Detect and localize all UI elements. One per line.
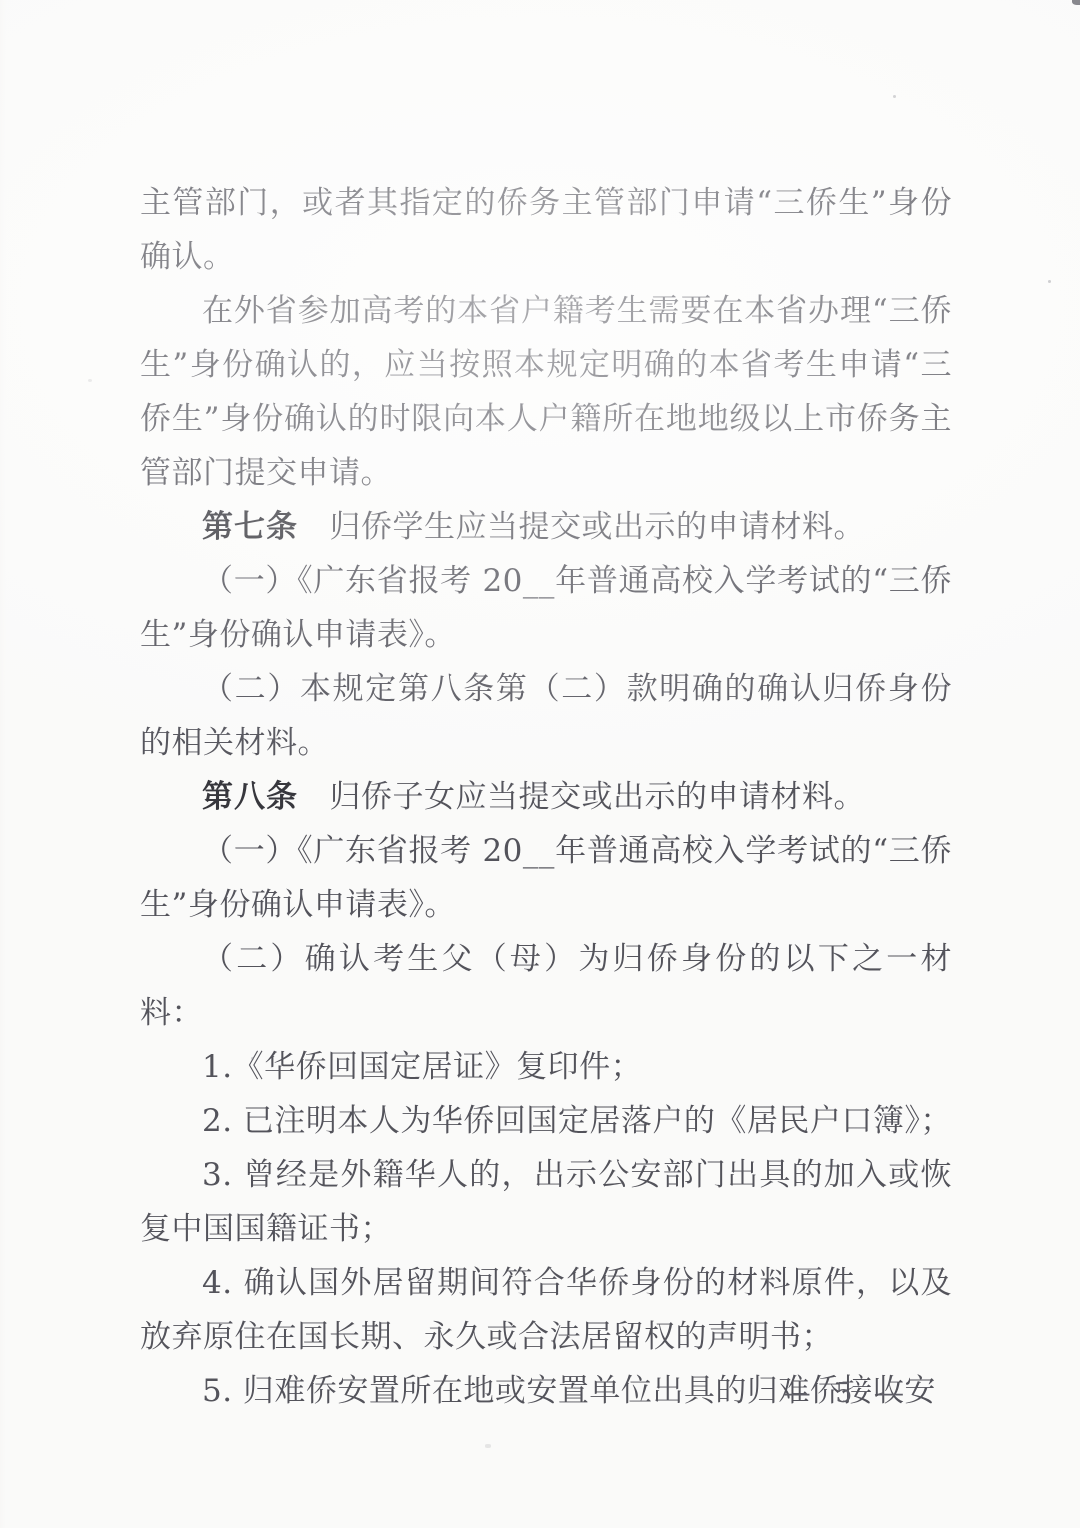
body-paragraph: 4. 确认国外居留期间符合华侨身份的材料原件，以及放弃原住在国长期、永久或合法居… xyxy=(140,1256,952,1364)
article-heading: 第七条 xyxy=(202,509,298,545)
body-paragraph: （二）本规定第八条第（二）款明确的确认归侨身份的相关材料。 xyxy=(140,662,952,770)
body-paragraph: （一）《广东省报考 20__年普通高校入学考试的“三侨生”身份确认申请表》。 xyxy=(140,824,952,932)
body-paragraph: （二）确认考生父（母）为归侨身份的以下之一材料： xyxy=(140,932,952,1040)
page-number: — 5 — xyxy=(784,1378,912,1409)
document-body: 主管部门，或者其指定的侨务主管部门申请“三侨生”身份确认。 在外省参加高考的本省… xyxy=(140,176,952,1418)
body-paragraph: 第八条 归侨子女应当提交或出示的申请材料。 xyxy=(140,770,952,824)
scan-speck xyxy=(1048,280,1051,283)
paragraph-text: 2. 已注明本人为华侨回国定居落户的《居民户口簿》； xyxy=(202,1103,952,1139)
body-paragraph: 在外省参加高考的本省户籍考生需要在本省办理“三侨生”身份确认的，应当按照本规定明… xyxy=(140,284,952,500)
paragraph-text: 主管部门，或者其指定的侨务主管部门申请“三侨生”身份确认。 xyxy=(140,185,952,275)
scan-speck xyxy=(485,1444,491,1448)
body-paragraph: 1.《华侨回国定居证》复印件； xyxy=(140,1040,952,1094)
paragraph-text: （二）确认考生父（母）为归侨身份的以下之一材料： xyxy=(140,941,952,1031)
body-paragraph: （一）《广东省报考 20__年普通高校入学考试的“三侨生”身份确认申请表》。 xyxy=(140,554,952,662)
document-page: 主管部门，或者其指定的侨务主管部门申请“三侨生”身份确认。 在外省参加高考的本省… xyxy=(0,0,1080,1528)
scan-speck xyxy=(1072,0,1080,5)
paragraph-text: 3. 曾经是外籍华人的，出示公安部门出具的加入或恢复中国国籍证书； xyxy=(140,1157,952,1247)
paragraph-text: 1.《华侨回国定居证》复印件； xyxy=(202,1049,642,1085)
paragraph-text: 归侨子女应当提交或出示的申请材料。 xyxy=(298,779,865,815)
scan-speck xyxy=(88,379,92,382)
paragraph-text: （一）《广东省报考 20__年普通高校入学考试的“三侨生”身份确认申请表》。 xyxy=(140,833,952,923)
paragraph-text: （二）本规定第八条第（二）款明确的确认归侨身份的相关材料。 xyxy=(140,671,952,761)
paragraph-text: （一）《广东省报考 20__年普通高校入学考试的“三侨生”身份确认申请表》。 xyxy=(140,563,952,653)
body-paragraph: 2. 已注明本人为华侨回国定居落户的《居民户口簿》； xyxy=(140,1094,952,1148)
scan-speck xyxy=(893,95,896,98)
paragraph-text: 归侨学生应当提交或出示的申请材料。 xyxy=(298,509,865,545)
paragraph-text: 在外省参加高考的本省户籍考生需要在本省办理“三侨生”身份确认的，应当按照本规定明… xyxy=(140,293,952,491)
body-paragraph: 3. 曾经是外籍华人的，出示公安部门出具的加入或恢复中国国籍证书； xyxy=(140,1148,952,1256)
paragraph-text: 4. 确认国外居留期间符合华侨身份的材料原件，以及放弃原住在国长期、永久或合法居… xyxy=(140,1265,952,1355)
article-heading: 第八条 xyxy=(202,779,298,815)
body-paragraph: 第七条 归侨学生应当提交或出示的申请材料。 xyxy=(140,500,952,554)
body-paragraph: 主管部门，或者其指定的侨务主管部门申请“三侨生”身份确认。 xyxy=(140,176,952,284)
